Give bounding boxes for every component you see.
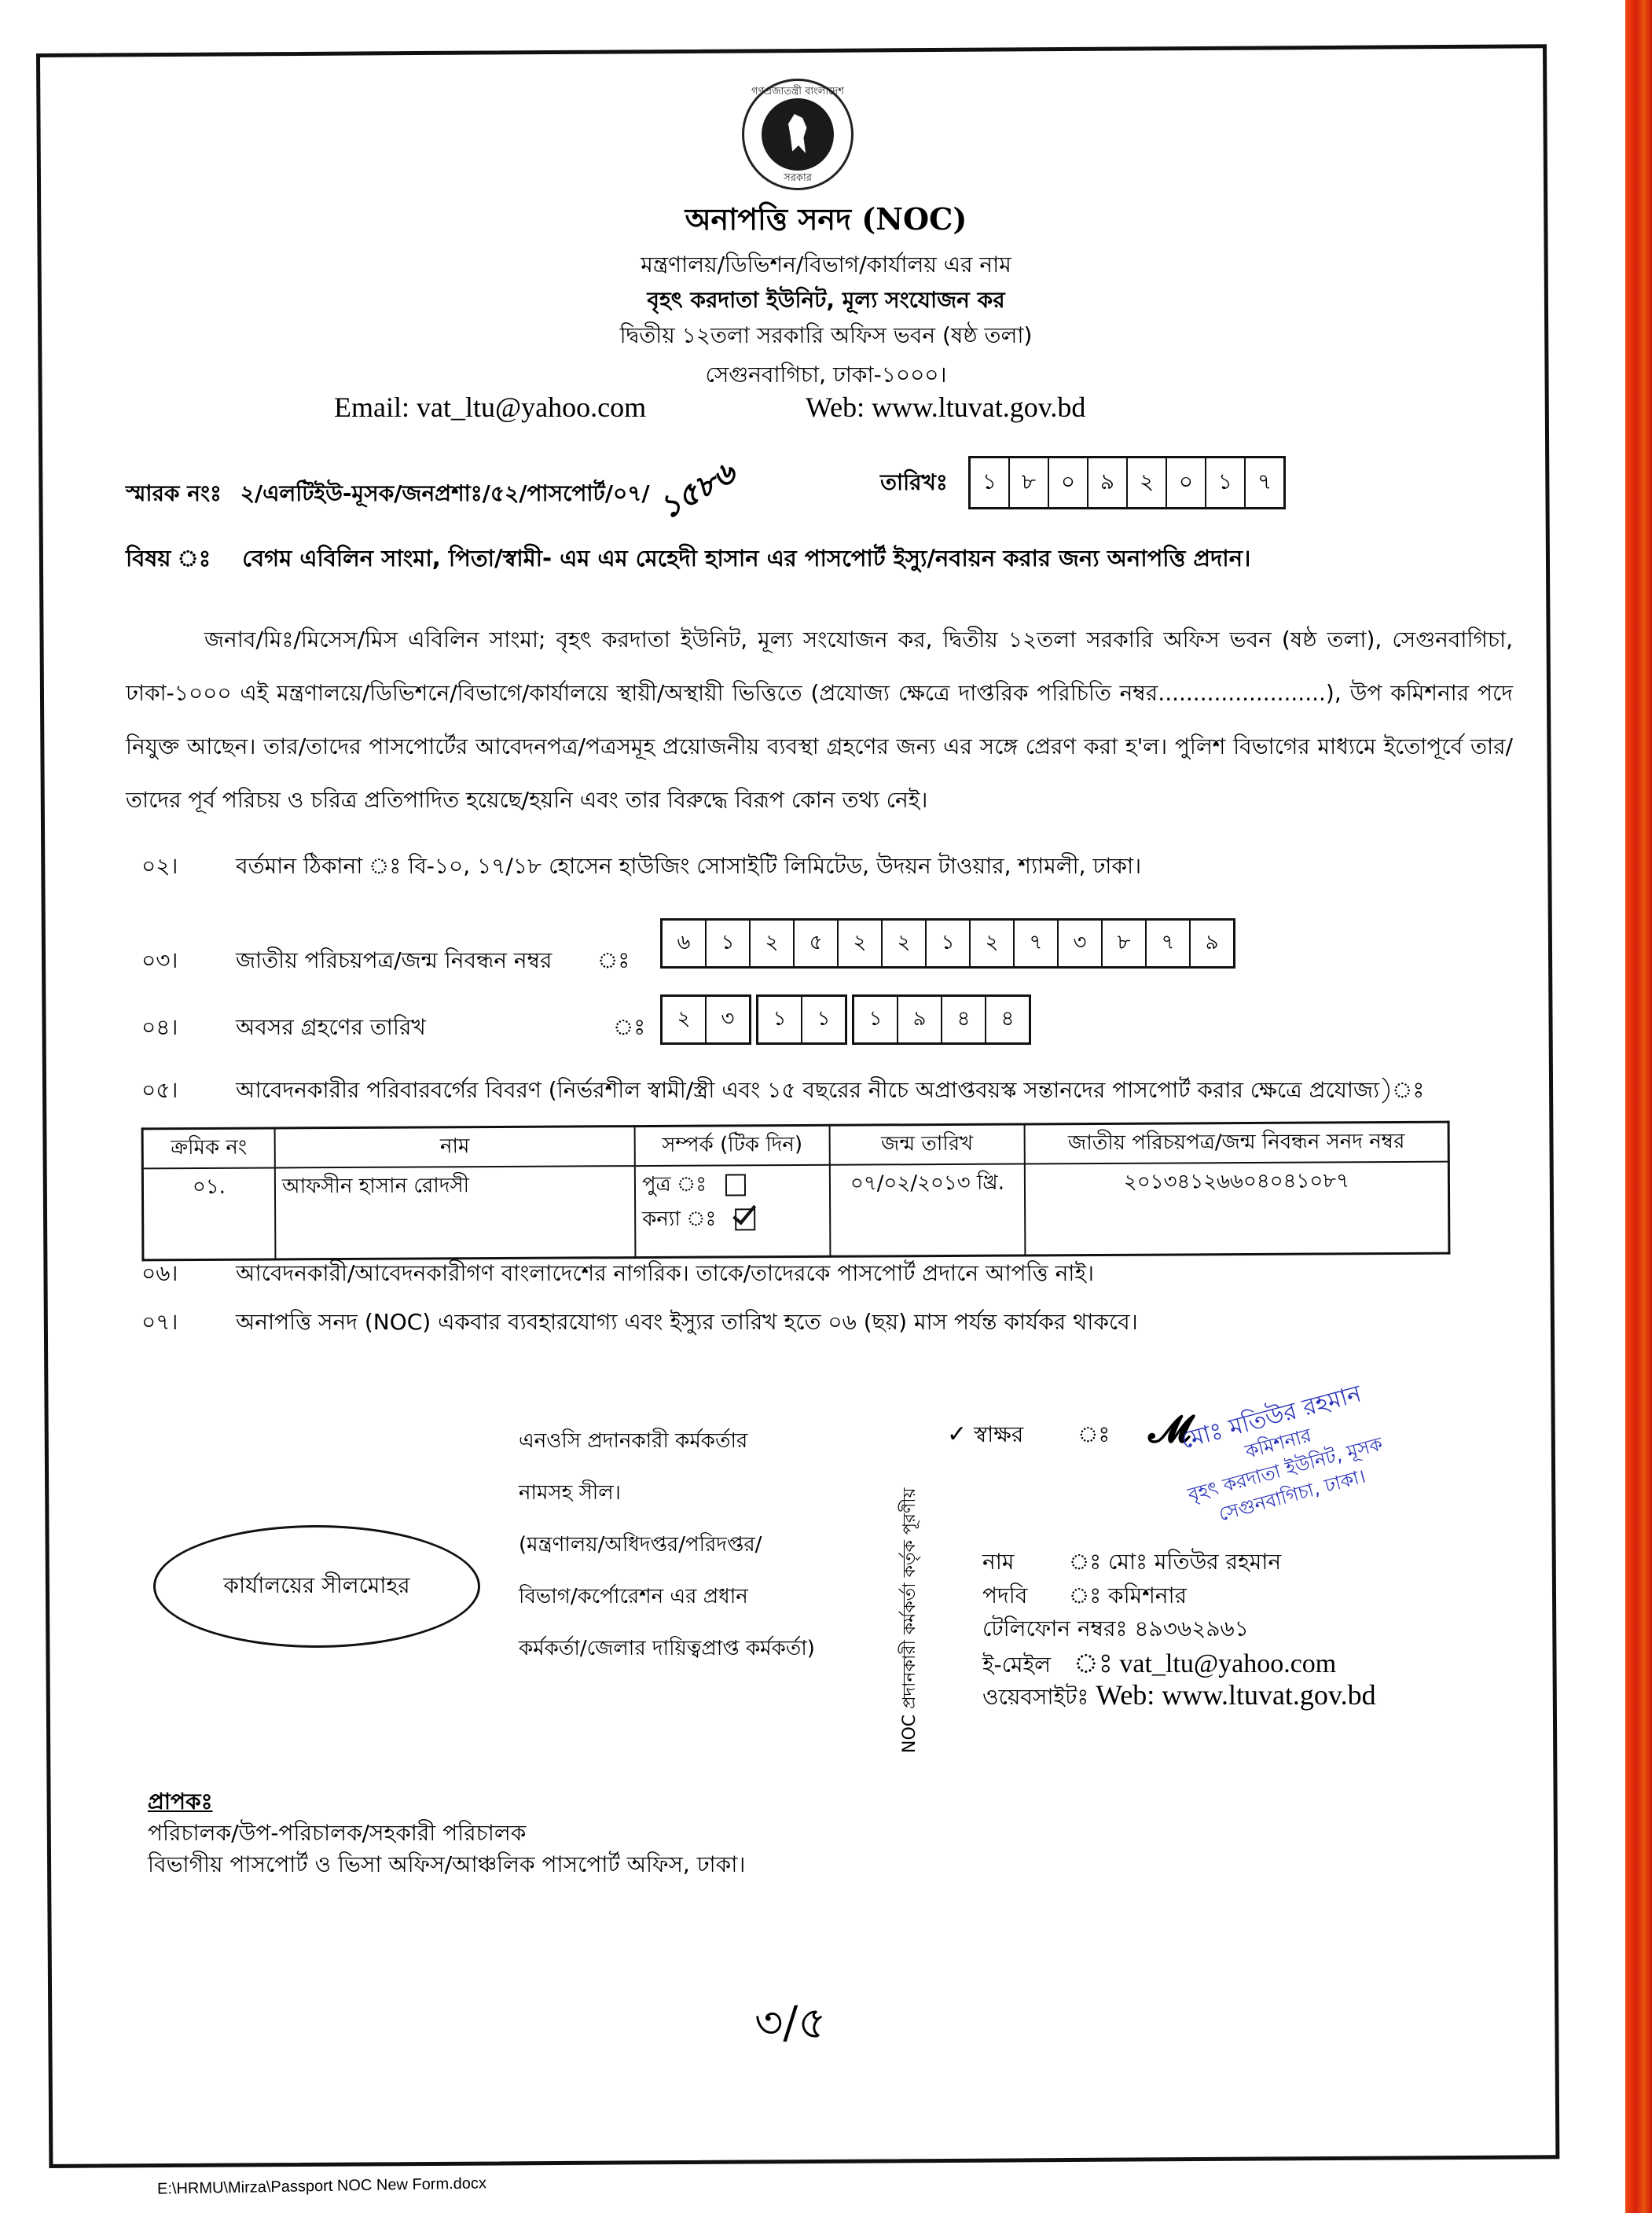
col-name: নাম [275,1127,635,1168]
header-email: Email: vat_ltu@yahoo.com [334,391,646,424]
digit-box: ৯ [1088,458,1128,507]
digit-box: ২ [1128,458,1167,507]
digit-box: ২ [883,921,927,966]
digit-box: ১ [758,997,802,1042]
digit-box: ৪ [986,997,1029,1042]
retirement-day-boxes: ২৩ [660,994,751,1045]
son-checkbox[interactable] [725,1174,746,1196]
vertical-note: NOC প্রদানকারী কর্মকর্তা কর্তৃক পূরণীয় [896,1487,925,1753]
digit-box: ২ [663,997,707,1042]
row-id-number: ২০১৩৪১২৬৬০৪০৪১০৮৭ [1025,1162,1449,1255]
signatory-designation: পদবি ঃ কমিশনার [982,1579,1027,1616]
digit-box: ১ [971,458,1010,507]
row-dob: ০৭/০২/২০১৩ খ্রি. [830,1163,1026,1256]
daughter-checkbox[interactable] [735,1208,755,1230]
digit-box: ০ [1049,458,1088,507]
reference-number: স্মারক নংঃ ২/এলটিইউ-মূসক/জনপ্রশাঃ/৫২/পাস… [126,465,739,518]
bangladesh-map-icon [788,114,809,153]
retirement-month-boxes: ১১ [756,994,847,1045]
digit-box: ২ [971,921,1015,966]
nid-boxes: ৬১২৫২২১২৭৩৮৭৯ [660,918,1235,969]
office-line-3: দ্বিতীয় ১২তলা সরকারি অফিস ভবন (ষষ্ঠ তলা… [0,318,1652,355]
digit-box: ৪ [942,997,986,1042]
subject-text: বেগম এবিলিন সাংমা, পিতা/স্বামী- এম এম মে… [242,545,1250,572]
handwritten-note: ৩/৫ [754,1989,827,2063]
row-relation: পুত্র ঃ কন্যা ঃ [635,1165,831,1258]
check-mark-icon: ✓ [947,1421,967,1448]
header-web: Web: www.ltuvat.gov.bd [806,391,1085,424]
digit-box: ১ [854,997,898,1042]
body-paragraph: জনাব/মিঃ/মিসেস/মিস এবিলিন সাংমা; বৃহৎ কর… [126,613,1513,827]
col-id: জাতীয় পরিচয়পত্র/জন্ম নিবন্ধন সনদ নম্বর [1025,1122,1449,1163]
digit-box: ১ [802,997,845,1042]
date-label: তারিখঃ [880,465,948,502]
office-seal-oval: কার্যালয়ের সীলমোহর [153,1525,480,1648]
digit-box: ১ [927,921,971,966]
digit-box: ০ [1167,458,1206,507]
digit-box: ৮ [1010,458,1049,507]
digit-box: ৩ [1059,921,1103,966]
digit-box: ১ [1206,458,1246,507]
digit-box: ২ [751,921,795,966]
government-seal-icon: গণপ্রজাতন্ত্রী বাংলাদেশ সরকার [742,79,854,190]
office-line-2: বৃহৎ করদাতা ইউনিট, মূল্য সংযোজন কর [0,283,1652,320]
footer-file-path: E:\HRMU\Mirza\Passport NOC New Form.docx [157,2174,486,2198]
signature-row: ✓ স্বাক্ষর ঃ 𝓜 [947,1407,1191,1454]
page-title: অনাপত্তি সনদ (NOC) [0,197,1652,247]
digit-box: ৫ [795,921,839,966]
seal-bottom-text: সরকার [744,171,851,187]
retirement-year-boxes: ১৯৪৪ [852,994,1031,1045]
table-row: ০১. আফসীন হাসান রোদসী পুত্র ঃ কন্যা ঃ ০৭… [142,1162,1449,1260]
digit-box: ৭ [1147,921,1191,966]
digit-box: ৮ [1103,921,1147,966]
family-table: ক্রমিক নং নাম সম্পর্ক (টিক দিন) জন্ম তার… [141,1121,1451,1262]
signatory-name: নাম ঃ মোঃ মতিউর রহমান [982,1545,1014,1582]
digit-box: ৯ [1191,921,1233,966]
digit-box: ১ [707,921,751,966]
row-name: আফসীন হাসান রোদসী [275,1166,636,1259]
col-relation: সম্পর্ক (টিক দিন) [635,1125,830,1166]
digit-box: ৩ [707,997,749,1042]
subject-label: বিষয় ঃ [126,545,211,572]
signatory-web: ওয়েবসাইটঃ Web: www.ltuvat.gov.bd [982,1678,1376,1717]
seal-instructions: এনওসি প্রদানকারী কর্মকর্তার নামসহ সীল। (… [519,1415,815,1674]
reference-value: ২/এলটিইউ-মূসক/জনপ্রশাঃ/৫২/পাসপোর্ট/০৭/ [240,480,650,506]
digit-box: ৭ [1246,458,1283,507]
reference-label: স্মারক নংঃ [126,480,222,506]
row-serial: ০১. [142,1167,275,1259]
recipient-line-2: বিভাগীয় পাসপোর্ট ও ভিসা অফিস/আঞ্চলিক পা… [148,1847,745,1884]
digit-box: ২ [839,921,883,966]
col-dob: জন্ম তারিখ [830,1124,1025,1165]
digit-box: ৯ [898,997,942,1042]
date-boxes: ১৮০৯২০১৭ [968,456,1286,509]
subject-line: বিষয় ঃ বেগম এবিলিন সাংমা, পিতা/স্বামী- … [126,541,1250,579]
col-serial: ক্রমিক নং [142,1128,275,1168]
digit-box: ৬ [663,921,707,966]
office-line-1: মন্ত্রণালয়/ডিভিশন/বিভাগ/কার্যালয় এর না… [0,248,1652,285]
office-line-4: সেগুনবাগিচা, ঢাকা-১০০০। [0,358,1652,395]
digit-box: ৭ [1015,921,1059,966]
